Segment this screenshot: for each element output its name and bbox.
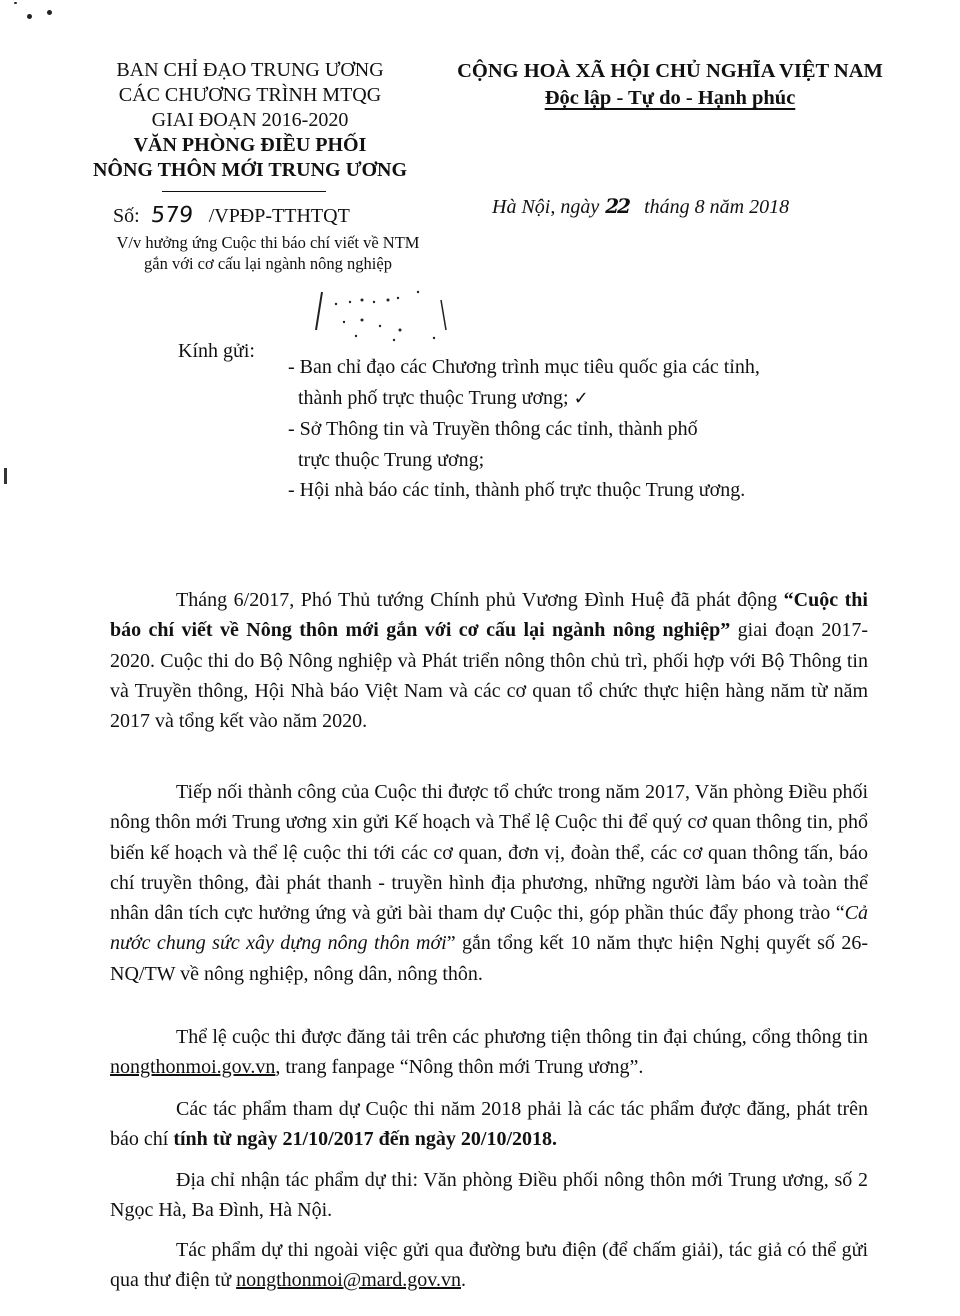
document-number: Số: 579/VPĐP-TTHTQT — [113, 203, 350, 228]
national-heading-block: CỘNG HOÀ XÃ HỘI CHỦ NGHĨA VIỆT NAM Độc l… — [430, 58, 910, 112]
recipient-line: trực thuộc Trung ương; — [288, 445, 760, 476]
agency-line-1: BAN CHỈ ĐẠO TRUNG ƯƠNG — [70, 58, 430, 83]
number-code: /VPĐP-TTHTQT — [209, 205, 350, 227]
date-range: tính từ ngày 21/10/2017 đến ngày 20/10/2… — [173, 1128, 557, 1150]
scan-noise — [306, 290, 456, 350]
p2-text: Tiếp nối thành công của Cuộc thi được tổ… — [110, 781, 868, 924]
recipient-line: - Hội nhà báo các tỉnh, thành phố trực t… — [288, 475, 760, 506]
number-handwritten: 579 — [149, 203, 194, 228]
date-prefix: Hà Nội, ngày — [492, 196, 599, 218]
subject-line-1: V/v hưởng ứng Cuộc thi báo chí viết về N… — [78, 232, 458, 253]
scan-mark — [4, 468, 7, 484]
p3-text: Thể lệ cuộc thi được đăng tải trên các p… — [176, 1026, 868, 1048]
agency-line-5: NÔNG THÔN MỚI TRUNG ƯƠNG — [70, 158, 430, 183]
nation-title: CỘNG HOÀ XÃ HỘI CHỦ NGHĨA VIỆT NAM — [430, 58, 910, 85]
paragraph-4: Các tác phẩm tham dự Cuộc thi năm 2018 p… — [110, 1094, 868, 1155]
website-link[interactable]: nongthonmoi.gov.vn — [110, 1056, 275, 1078]
paragraph-2: Tiếp nối thành công của Cuộc thi được tổ… — [110, 777, 868, 989]
document-date: Hà Nội, ngày22 tháng 8 năm 2018 — [492, 194, 789, 219]
scan-speck — [27, 14, 32, 19]
date-month: 8 — [695, 196, 705, 218]
agency-underline — [162, 191, 326, 192]
paragraph-6: Tác phẩm dự thi ngoài việc gửi qua đường… — [110, 1235, 868, 1296]
recipients-label: Kính gửi: — [178, 340, 255, 363]
p6-text: Tác phẩm dự thi ngoài việc gửi qua đường… — [110, 1239, 868, 1291]
paragraph-5: Địa chỉ nhận tác phẩm dự thi: Văn phòng … — [110, 1165, 868, 1226]
subject-block: V/v hưởng ứng Cuộc thi báo chí viết về N… — [78, 232, 458, 274]
recipient-item: - Ban chỉ đạo các Chương trình mục tiêu … — [288, 352, 760, 414]
issuing-agency-block: BAN CHỈ ĐẠO TRUNG ƯƠNG CÁC CHƯƠNG TRÌNH … — [70, 58, 430, 183]
scan-speck — [14, 2, 17, 4]
date-year: 2018 — [749, 196, 789, 218]
recipient-item: - Sở Thông tin và Truyền thông các tỉnh,… — [288, 414, 760, 475]
p1-text: Tháng 6/2017, Phó Thủ tướng Chính phủ Vư… — [176, 589, 784, 611]
recipient-line: thành phố trực thuộc Trung ương; ✓ — [288, 383, 760, 415]
p3-tail: , trang fanpage “Nông thôn mới Trung ươn… — [275, 1056, 643, 1078]
p5-text: Địa chỉ nhận tác phẩm dự thi: Văn phòng … — [110, 1169, 868, 1221]
recipient-line: - Sở Thông tin và Truyền thông các tỉnh,… — [288, 414, 760, 445]
p6-tail: . — [461, 1269, 466, 1291]
date-day-handwritten: 22 — [605, 194, 629, 218]
agency-line-3: GIAI ĐOẠN 2016-2020 — [70, 108, 430, 133]
agency-line-2: CÁC CHƯƠNG TRÌNH MTQG — [70, 83, 430, 108]
national-motto: Độc lập - Tự do - Hạnh phúc — [545, 87, 796, 109]
recipient-item: - Hội nhà báo các tỉnh, thành phố trực t… — [288, 475, 760, 506]
number-label: Số: — [113, 205, 140, 227]
agency-line-4: VĂN PHÒNG ĐIỀU PHỐI — [70, 133, 430, 158]
subject-line-2: gắn với cơ cấu lại ngành nông nghiệp — [78, 253, 458, 274]
scan-speck — [47, 10, 52, 15]
date-year-label: năm — [710, 196, 744, 218]
paragraph-3: Thể lệ cuộc thi được đăng tải trên các p… — [110, 1022, 868, 1083]
recipient-line: - Ban chỉ đạo các Chương trình mục tiêu … — [288, 352, 760, 383]
paragraph-1: Tháng 6/2017, Phó Thủ tướng Chính phủ Vư… — [110, 585, 868, 736]
recipients-list: - Ban chỉ đạo các Chương trình mục tiêu … — [288, 352, 760, 506]
checkmark-icon: ✓ — [574, 388, 589, 409]
date-month-label: tháng — [644, 196, 690, 218]
recipient-line-text: thành phố trực thuộc Trung ương; — [298, 387, 569, 409]
email-link[interactable]: nongthonmoi@mard.gov.vn — [236, 1269, 461, 1291]
